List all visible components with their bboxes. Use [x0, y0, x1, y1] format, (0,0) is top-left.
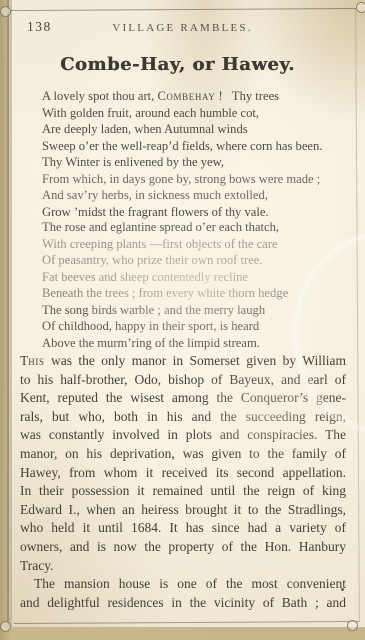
poem-line: With creeping plants —first objects of t…: [42, 236, 288, 253]
prose-line: who held it until 1684. It has since had…: [20, 519, 346, 538]
prose-line: Kent, reputed the wisest among the Conqu…: [20, 389, 346, 408]
prose-line-text: was the only manor in Somerset given by …: [45, 353, 346, 368]
prose-line: In their possession it remained until th…: [20, 482, 346, 501]
prose-line: to his half-brother, Odo, bishop of Baye…: [20, 371, 346, 390]
poem-line: From which, in days gone by, strong bows…: [42, 171, 322, 188]
ink-spot: [341, 588, 344, 591]
corner-ring-icon: [0, 621, 11, 632]
poem-stanza-1: A lovely spot thou art, Combehay ! Thy t…: [42, 88, 322, 220]
poem-line: Are deeply laden, when Autumnal winds: [42, 121, 322, 138]
corner-ring-icon: [347, 620, 358, 631]
poem-line: Above the murm’ring of the limpid stream…: [42, 335, 288, 352]
poem-stanza-2: The rose and eglantine spread o’er each …: [42, 219, 288, 351]
poem-line: And sav’ry herbs, in sickness much extol…: [42, 187, 322, 204]
place-name-smallcaps: Combehay: [157, 89, 215, 103]
corner-ring-icon: [0, 6, 11, 17]
opening-smallcaps: his: [28, 353, 44, 368]
prose-line: owners, and is now the property of the H…: [20, 538, 346, 557]
poem-line: With golden fruit, around each humble co…: [42, 105, 322, 122]
poem-line: Fat beeves and sheep contentedly recline: [42, 269, 288, 286]
poem-line: Of childhood, happy in their sport, is h…: [42, 318, 288, 335]
prose-line: and delightful residences in the vicinit…: [20, 594, 346, 613]
prose-line: rals, but who, both in his and the succe…: [20, 408, 346, 427]
prose-line: Edward I., when an heiress brought it to…: [20, 501, 346, 520]
poem-line: Beneath the trees ; from every white tho…: [42, 285, 288, 302]
prose-line: The mansion house is one of the most con…: [20, 575, 346, 594]
prose-line: manor, on his deprivation, was given to …: [20, 445, 346, 464]
prose-line: Hawey, from whom it received its second …: [20, 464, 346, 483]
opening-initial: T: [20, 353, 28, 368]
prose-line: was constantly involved in plots and con…: [20, 426, 346, 445]
poem-line: Sweep o’er the well-reap’d fields, where…: [42, 138, 322, 155]
poem-line-text: A lovely spot thou art,: [42, 89, 157, 103]
prose-line: Tracy.: [20, 557, 346, 576]
poem-line: Grow ’midst the fragrant flowers of thy …: [42, 204, 322, 221]
poem-line: The rose and eglantine spread o’er each …: [42, 219, 288, 236]
poem-line-text: ! Thy trees: [215, 89, 279, 103]
prose-line: This was the only manor in Somerset give…: [20, 352, 346, 371]
poem-line: Thy Winter is enlivened by the yew,: [42, 154, 322, 171]
chapter-heading: Combe-Hay, or Hawey.: [0, 54, 355, 75]
book-page-scan: 138 VILLAGE RAMBLES. Combe-Hay, or Hawey…: [0, 0, 365, 640]
running-title: VILLAGE RAMBLES.: [40, 22, 325, 34]
corner-ring-icon: [356, 2, 365, 13]
poem-line: Of peasantry, who prize their own roof t…: [42, 252, 288, 269]
prose-paragraph-2: The mansion house is one of the most con…: [20, 575, 346, 612]
prose-paragraph-1: This was the only manor in Somerset give…: [20, 352, 346, 575]
poem-line: A lovely spot thou art, Combehay ! Thy t…: [42, 88, 322, 105]
poem-line: The song birds warble ; and the merry la…: [42, 302, 288, 319]
